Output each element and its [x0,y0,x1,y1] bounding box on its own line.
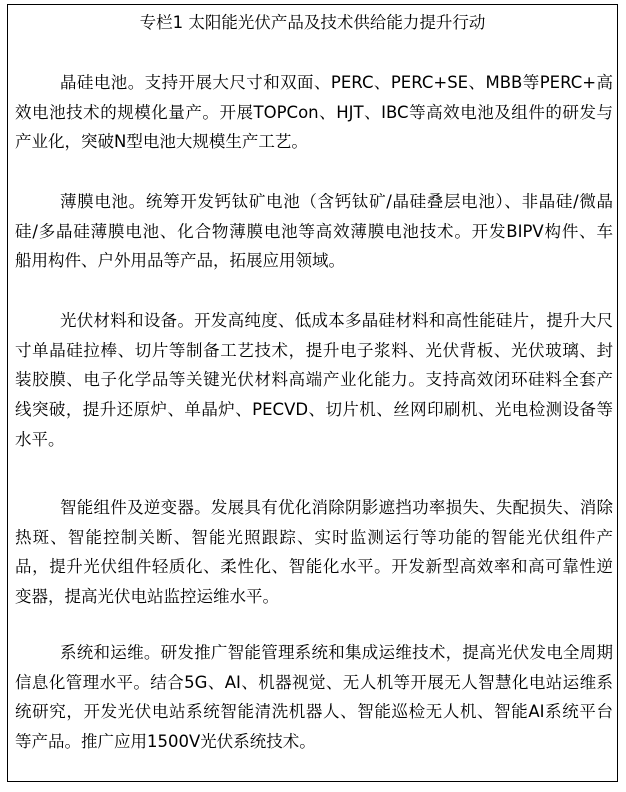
box-title: 专栏1 太阳能光伏产品及技术供给能力提升行动 [8,11,617,35]
paragraph-line: 寸单晶硅拉棒、切片等制备工艺技术，提升电子浆料、光伏背板、光伏玻璃、封 [15,336,613,366]
paragraph-line: 品，提升光伏组件轻质化、柔性化、智能化水平。开发新型高效率和高可靠性逆 [15,552,613,582]
paragraph-line: 晶硅电池。支持开展大尺寸和双面、PERC、PERC+SE、MBB等PERC+高 [15,68,613,98]
paragraph-smart-modules-inverters: 智能组件及逆变器。发展具有优化消除阴影遮挡功率损失、失配损失、消除 热斑、智能控… [15,493,613,612]
paragraph-line: 热斑、智能控制关断、智能光照跟踪、实时监测运行等功能的智能光伏组件产 [15,523,613,553]
paragraph-line: 水平。 [15,425,613,455]
paragraph-line: 线突破，提升还原炉、单晶炉、PECVD、切片机、丝网印刷机、光电检测设备等 [15,395,613,425]
paragraph-line: 硅/多晶硅薄膜电池、化合物薄膜电池等高效薄膜电池技术。开发BIPV构件、车 [15,217,613,247]
paragraph-pv-materials-equipment: 光伏材料和设备。开发高纯度、低成本多晶硅材料和高性能硅片，提升大尺 寸单晶硅拉棒… [15,306,613,454]
paragraph-line: 装胶膜、电子化学品等关键光伏材料高端产业化能力。支持高效闭环硅料全套产 [15,365,613,395]
paragraph-line: 船用构件、户外用品等产品，拓展应用领域。 [15,246,613,276]
paragraph-systems-operations: 系统和运维。研发推广智能管理系统和集成运维技术，提高光伏发电全周期 信息化管理水… [15,638,613,757]
paragraph-line: 信息化管理水平。结合5G、AI、机器视觉、无人机等开展无人智慧化电站运维系 [15,668,613,698]
paragraph-line: 等产品。推广应用1500V光伏系统技术。 [15,727,613,757]
paragraph-line: 效电池技术的规模化量产。开展TOPCon、HJT、IBC等高效电池及组件的研发与 [15,98,613,128]
paragraph-line: 统研究，开发光伏电站系统智能清洗机器人、智能巡检无人机、智能AI系统平台 [15,697,613,727]
paragraph-line: 变器，提高光伏电站监控运维水平。 [15,582,613,612]
paragraph-crystalline-silicon-cells: 晶硅电池。支持开展大尺寸和双面、PERC、PERC+SE、MBB等PERC+高 … [15,68,613,157]
text-box-frame: 专栏1 太阳能光伏产品及技术供给能力提升行动 晶硅电池。支持开展大尺寸和双面、P… [7,4,618,782]
paragraph-line: 智能组件及逆变器。发展具有优化消除阴影遮挡功率损失、失配损失、消除 [15,493,613,523]
paragraph-thin-film-cells: 薄膜电池。统筹开发钙钛矿电池（含钙钛矿/晶硅叠层电池）、非晶硅/微晶 硅/多晶硅… [15,187,613,276]
paragraph-line: 产业化，突破N型电池大规模生产工艺。 [15,127,613,157]
paragraph-line: 光伏材料和设备。开发高纯度、低成本多晶硅材料和高性能硅片，提升大尺 [15,306,613,336]
paragraph-line: 系统和运维。研发推广智能管理系统和集成运维技术，提高光伏发电全周期 [15,638,613,668]
paragraph-line: 薄膜电池。统筹开发钙钛矿电池（含钙钛矿/晶硅叠层电池）、非晶硅/微晶 [15,187,613,217]
